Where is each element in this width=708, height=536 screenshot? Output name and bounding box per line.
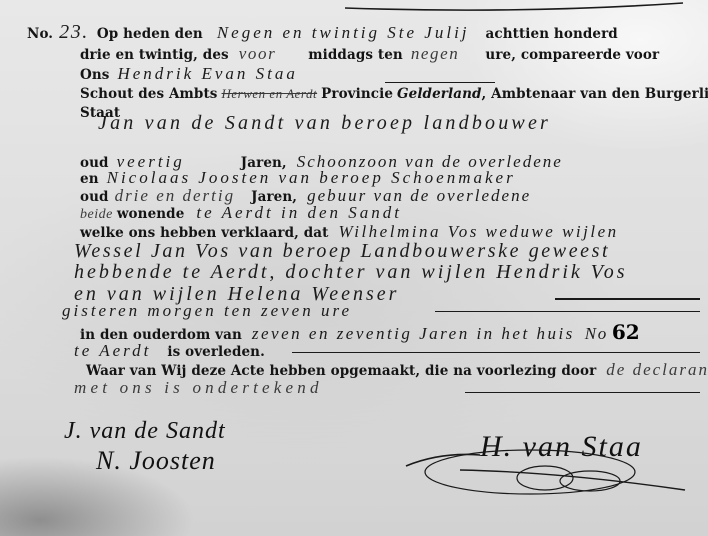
signature-flourish-icon xyxy=(0,0,708,536)
document-page: No. 23. Op heden den Negen en twintig St… xyxy=(0,0,708,536)
